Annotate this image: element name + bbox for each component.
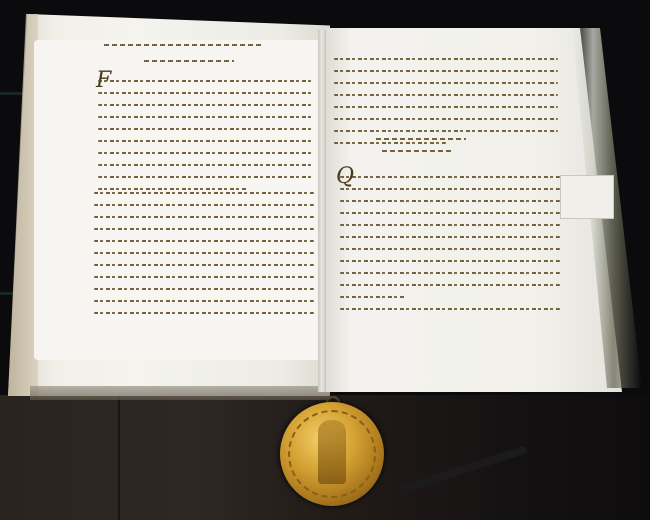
golden-seal	[280, 402, 384, 506]
right-text-block-2	[340, 176, 560, 320]
table-seam	[118, 395, 120, 520]
right-heading	[376, 138, 466, 152]
seal-enthroned-figure	[318, 420, 346, 484]
left-text-block-1	[98, 80, 312, 200]
manuscript-photo: F Q	[0, 0, 650, 520]
book-spine	[318, 30, 326, 392]
page-shadow	[30, 386, 330, 400]
left-text-block-2	[94, 192, 314, 324]
left-heading	[104, 44, 264, 62]
paper-strap	[560, 175, 614, 219]
